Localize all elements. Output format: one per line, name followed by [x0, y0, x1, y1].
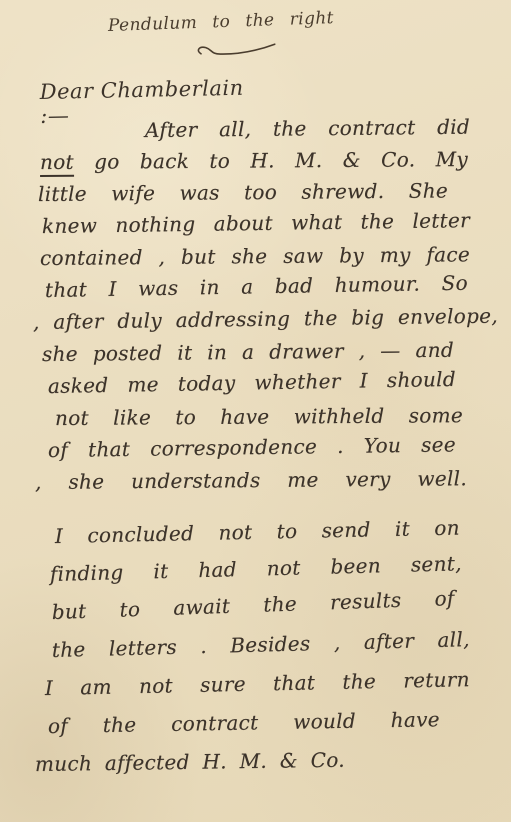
letter-line: knew nothing about what the letter	[42, 208, 470, 246]
letter-line: not go back to H. M. & Co. My	[40, 147, 468, 182]
archival-annotation: Pendulum to the right	[108, 8, 335, 36]
letter-line: much affected H. M. & Co.	[35, 748, 346, 790]
letter-line: , after duly addressing the big envelope…	[33, 304, 498, 342]
letter-body: After all, the contract did not go back …	[0, 118, 511, 790]
letter-page: Pendulum to the right Dear Chamberlain :…	[0, 0, 511, 822]
underlined-word: not	[40, 150, 74, 177]
annotation-underline-flourish	[195, 40, 280, 59]
letter-line: , she understands me very well.	[35, 466, 467, 502]
letter-line: After all, the contract did	[145, 115, 470, 150]
letter-line: asked me today whether I should	[48, 367, 456, 406]
letter-line: of the contract would have	[48, 707, 441, 752]
letter-line: of that correspondence . You see	[48, 432, 456, 470]
annotation-text: Pendulum to the right	[108, 8, 335, 36]
